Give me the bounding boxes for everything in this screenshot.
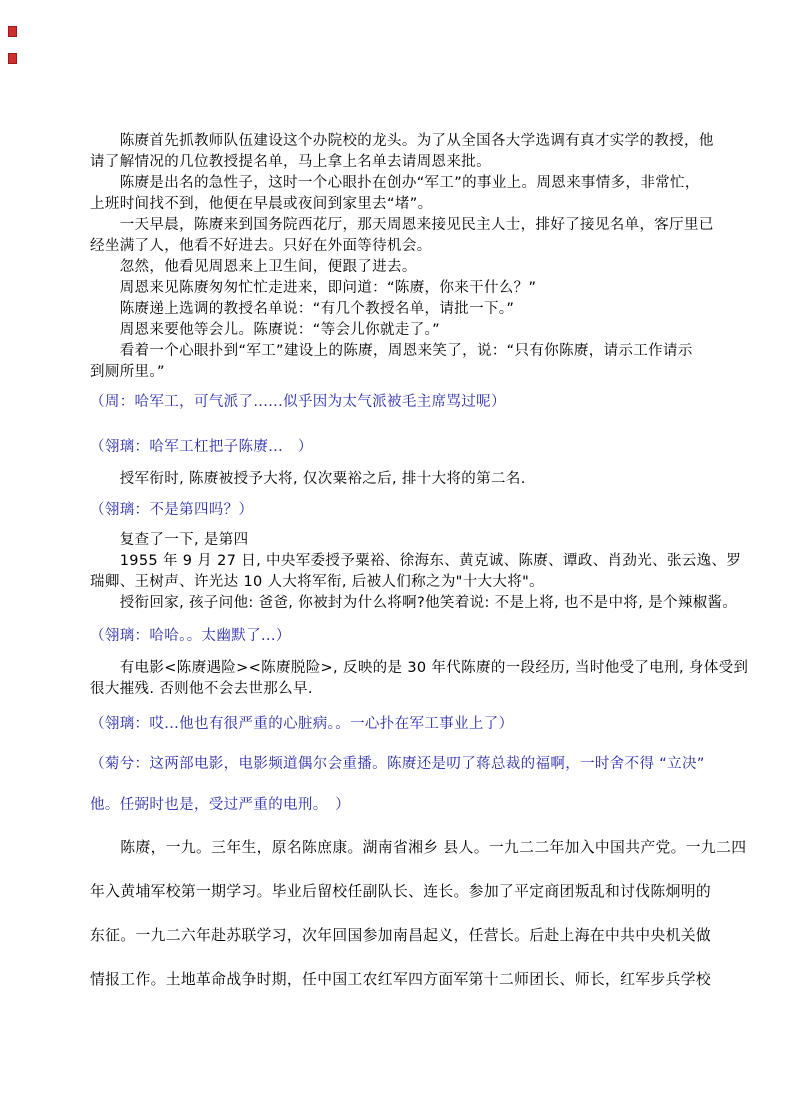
recheck-paragraphs: 复查了一下, 是第四 1955 年 9 月 27 日, 中央军委授予粟裕、徐海东… xyxy=(90,530,750,614)
bio-line: 情报工作。土地革命战争时期，任中国工农红军四方面军第十二师团长、师长，红军步兵学… xyxy=(90,958,750,1002)
movie-paragraph: 有电影<陈赓遇险><陈赓脱险>, 反映的是 30 年代陈赓的一段经历, 当时他受… xyxy=(90,658,750,700)
annotation-zhou: （周：哈军工，可气派了......似乎因为太气派被毛主席骂过呢） xyxy=(90,392,750,413)
story-line: 看着一个心眼扑到“军工”建设上的陈赓，周恩来笑了，说：“只有你陈赓，请示工作请示 xyxy=(90,341,750,362)
story-line: 上班时间找不到，他便在早晨或夜间到家里去“堵”。 xyxy=(90,194,750,215)
annotation-line: （翎璃：哈哈。。太幽默了...） xyxy=(90,626,750,647)
red-placeholder-icon xyxy=(8,26,17,37)
bio-line: 东征。一九二六年赴苏联学习，次年回国参加南昌起义，任营长。后赴上海在中共中央机关… xyxy=(90,914,750,958)
annotation-line: （菊兮：这两部电影，电影频道偶尔会重播。陈赓还是叨了蒋总裁的福啊，一时舍不得 “… xyxy=(90,744,750,785)
annotation-line: （周：哈军工，可气派了......似乎因为太气派被毛主席骂过呢） xyxy=(90,392,750,413)
annotation-lingli-1: （翎璃：哈军工杠把子陈赓... ） xyxy=(90,437,750,458)
story-line: 到厕所里。” xyxy=(90,362,750,383)
story-line: 陈赓递上选调的教授名单说：“有几个教授名单，请批一下。” xyxy=(90,299,750,320)
bio-paragraph: 陈赓，一九。三年生，原名陈庶康。湖南省湘乡 县人。一九二二年加入中国共产党。一九… xyxy=(90,826,750,1002)
rank-paragraph: 授军衔时, 陈赓被授予大将, 仅次粟裕之后, 排十大将的第二名. xyxy=(90,469,750,490)
bio-line: 年入黄埔军校第一期学习。毕业后留校任副队长、连长。参加了平定商团叛乱和讨伐陈炯明… xyxy=(90,870,750,914)
story-line: 陈赓是出名的急性子，这时一个心眼扑在创办“军工”的事业上。周恩来事情多，非常忙， xyxy=(90,173,750,194)
annotation-line: （翎璃：哎...他也有很严重的心脏病。。一心扑在军工事业上了） xyxy=(90,714,750,735)
body-line: 授军衔时, 陈赓被授予大将, 仅次粟裕之后, 排十大将的第二名. xyxy=(90,469,750,490)
body-line: 有电影<陈赓遇险><陈赓脱险>, 反映的是 30 年代陈赓的一段经历, 当时他受… xyxy=(90,658,750,679)
red-placeholder-icon xyxy=(8,53,17,64)
body-line: 瑞卿、王树声、许光达 10 人大将军衔, 后被人们称之为"十大大将"。 xyxy=(90,572,750,593)
body-line: 授衔回家, 孩子问他: 爸爸, 你被封为什么将啊?他笑着说: 不是上将, 也不是… xyxy=(90,593,750,614)
story-line: 一天早晨，陈赓来到国务院西花厅，那天周恩来接见民主人士，排好了接见名单，客厅里已 xyxy=(90,215,750,236)
story-line: 周恩来要他等会儿。陈赓说：“等会儿你就走了。” xyxy=(90,320,750,341)
annotation-juxi: （菊兮：这两部电影，电影频道偶尔会重播。陈赓还是叨了蒋总裁的福啊，一时舍不得 “… xyxy=(90,744,750,826)
story-paragraphs: 陈赓首先抓教师队伍建设这个办院校的龙头。为了从全国各大学选调有真才实学的教授，他… xyxy=(90,131,750,383)
annotation-line: （翎璃：不是第四吗？） xyxy=(90,500,750,521)
annotation-lingli-3: （翎璃：哈哈。。太幽默了...） xyxy=(90,626,750,647)
body-line: 复查了一下, 是第四 xyxy=(90,530,750,551)
story-line: 经坐满了人，他看不好进去。只好在外面等待机会。 xyxy=(90,236,750,257)
document-page: 陈赓首先抓教师队伍建设这个办院校的龙头。为了从全国各大学选调有真才实学的教授，他… xyxy=(0,0,800,1100)
annotation-lingli-4: （翎璃：哎...他也有很严重的心脏病。。一心扑在军工事业上了） xyxy=(90,714,750,735)
story-line: 周恩来见陈赓匆匆忙忙走进来，即问道：“陈赓，你来干什么？” xyxy=(90,278,750,299)
body-line: 很大摧残. 否则他不会去世那么早. xyxy=(90,679,750,700)
annotation-line: 他。任弼时也是，受过严重的电刑。 ） xyxy=(90,785,750,826)
annotation-line: （翎璃：哈军工杠把子陈赓... ） xyxy=(90,437,750,458)
bio-line: 陈赓，一九。三年生，原名陈庶康。湖南省湘乡 县人。一九二二年加入中国共产党。一九… xyxy=(90,826,750,870)
story-line: 请了解情况的几位教授提名单，马上拿上名单去请周恩来批。 xyxy=(90,152,750,173)
annotation-lingli-2: （翎璃：不是第四吗？） xyxy=(90,500,750,521)
story-line: 忽然，他看见周恩来上卫生间，便跟了进去。 xyxy=(90,257,750,278)
body-line: 1955 年 9 月 27 日, 中央军委授予粟裕、徐海东、黄克诚、陈赓、谭政、… xyxy=(90,551,750,572)
story-line: 陈赓首先抓教师队伍建设这个办院校的龙头。为了从全国各大学选调有真才实学的教授，他 xyxy=(90,131,750,152)
